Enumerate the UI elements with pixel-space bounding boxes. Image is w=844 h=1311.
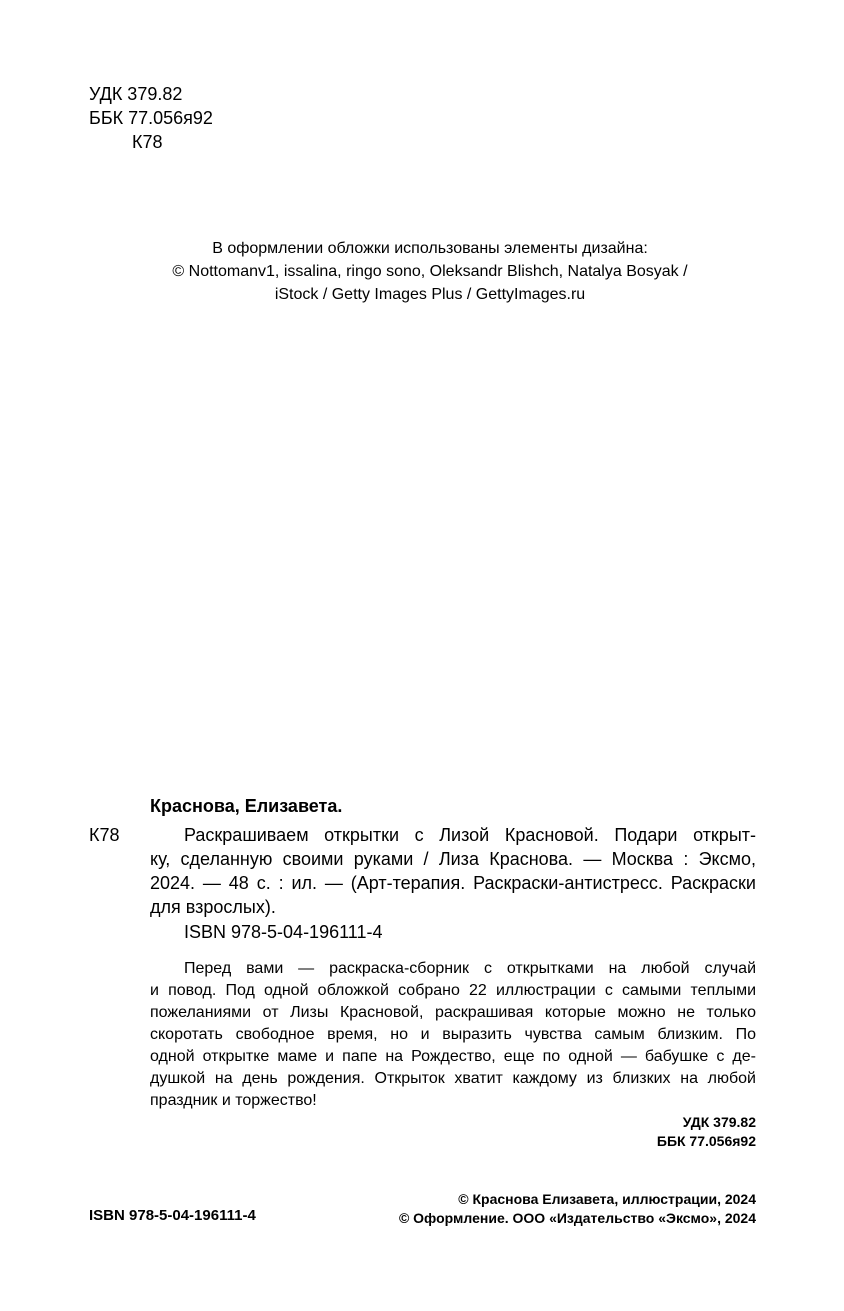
credits-line: В оформлении обложки использованы элемен… <box>140 237 720 260</box>
annotation-line: скоротать свободное время, но и выразить… <box>150 1024 756 1046</box>
author-mark: К78 <box>89 130 213 154</box>
classification-codes-bottom: УДК 379.82 ББК 77.056я92 <box>560 1113 756 1151</box>
author-mark-record: К78 <box>89 825 120 846</box>
annotation: Перед вами — раскраска-сборник с открытк… <box>150 958 756 1112</box>
copyright-line: © Оформление. ООО «Издательство «Эксмо»,… <box>340 1209 756 1228</box>
isbn-record: ISBN 978-5-04-196111-4 <box>184 922 382 943</box>
udk-code: УДК 379.82 <box>560 1113 756 1132</box>
classification-codes-top: УДК 379.82 ББК 77.056я92 К78 <box>89 82 213 154</box>
isbn-footer: ISBN 978-5-04-196111-4 <box>89 1207 256 1224</box>
bbk-code: ББК 77.056я92 <box>560 1132 756 1151</box>
cover-design-credits: В оформлении обложки использованы элемен… <box>140 237 720 306</box>
annotation-line: одной открытке маме и папе на Рождество,… <box>150 1046 756 1068</box>
annotation-line: Перед вами — раскраска-сборник с открытк… <box>150 958 756 980</box>
description-line: Раскрашиваем открытки с Лизой Красновой.… <box>150 823 756 847</box>
udk-code: УДК 379.82 <box>89 82 213 106</box>
description-line: ку, сделанную своими руками / Лиза Красн… <box>150 847 756 871</box>
credits-line: iStock / Getty Images Plus / GettyImages… <box>140 283 720 306</box>
bibliographic-description: Раскрашиваем открытки с Лизой Красновой.… <box>150 823 756 919</box>
bbk-code: ББК 77.056я92 <box>89 106 213 130</box>
annotation-line: пожеланиями от Лизы Красновой, раскрашив… <box>150 1002 756 1024</box>
description-line: 2024. — 48 с. : ил. — (Арт-терапия. Раск… <box>150 871 756 895</box>
credits-line: © Nottomanv1, issalina, ringo sono, Olek… <box>140 260 720 283</box>
copyright-line: © Краснова Елизавета, иллюстрации, 2024 <box>340 1190 756 1209</box>
copyright-notice: © Краснова Елизавета, иллюстрации, 2024 … <box>340 1190 756 1228</box>
author-heading: Краснова, Елизавета. <box>150 796 342 817</box>
annotation-line: душкой на день рождения. Открыток хватит… <box>150 1068 756 1090</box>
description-line: для взрослых). <box>150 895 756 919</box>
annotation-line: праздник и торжество! <box>150 1090 756 1112</box>
annotation-line: и повод. Под одной обложкой собрано 22 и… <box>150 980 756 1002</box>
